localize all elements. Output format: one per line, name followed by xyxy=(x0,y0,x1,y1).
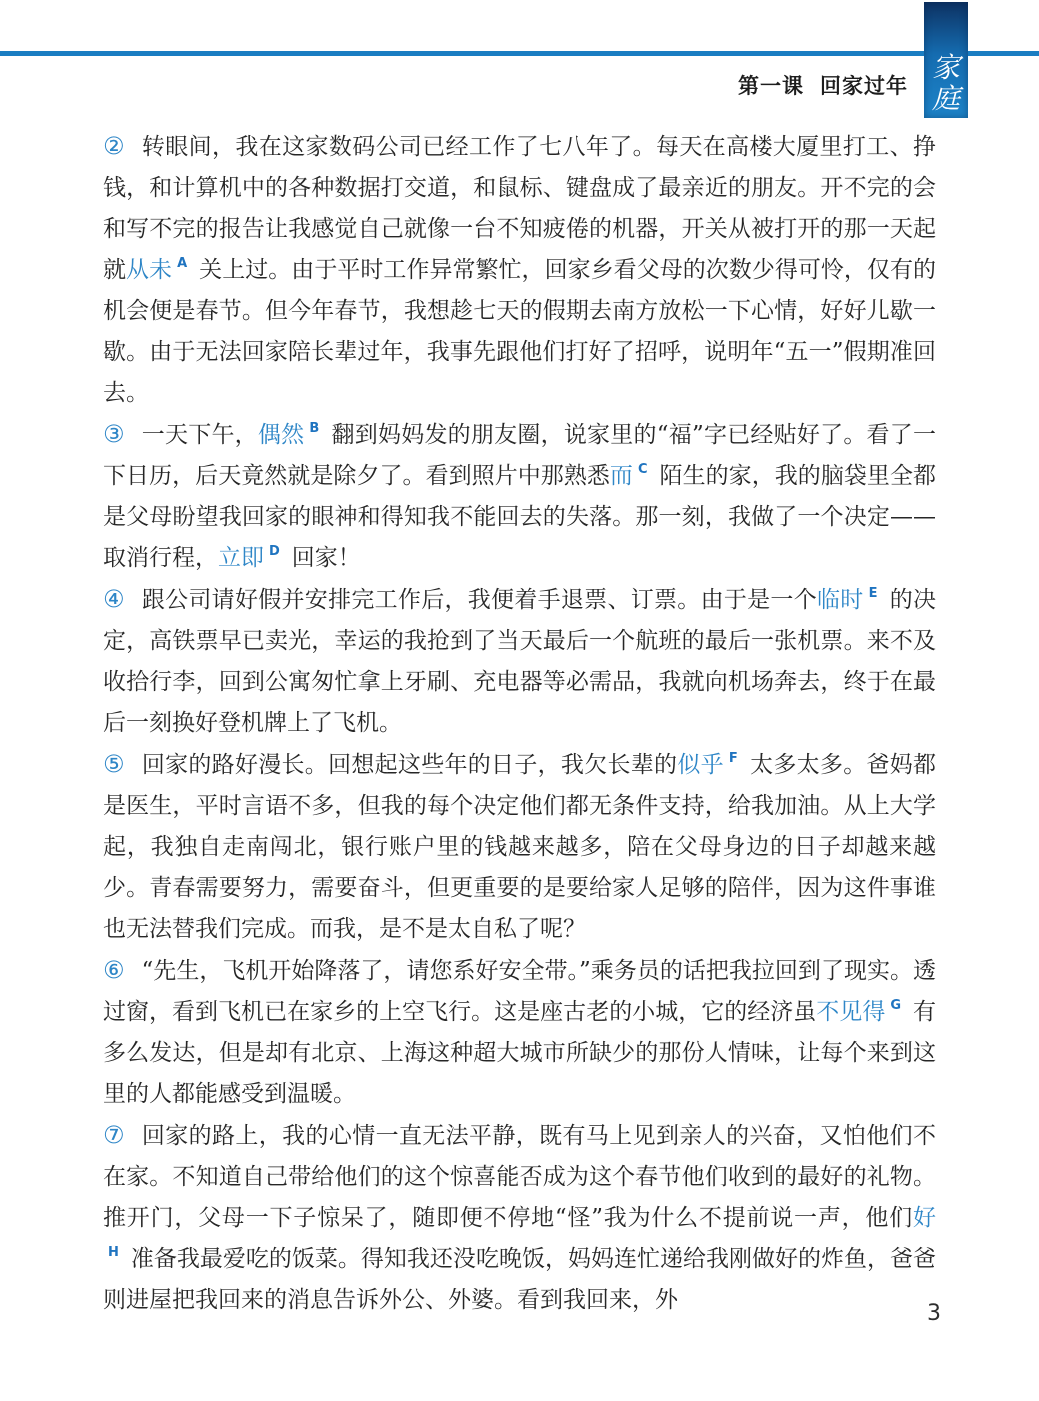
vocab-term: 临时 xyxy=(817,587,864,613)
lesson-header: 第一课回家过年 xyxy=(738,70,908,100)
paragraph: ⑥“先生，飞机开始降落了，请您系好安全带。”乘务员的话把我拉回到了现实。透过窗，… xyxy=(103,950,936,1115)
paragraph-marker: ⑤ xyxy=(103,750,125,778)
textbook-page: 第一课回家过年 家 庭 ②转眼间，我在这家数码公司已经工作了七八年了。每天在高楼… xyxy=(0,0,1039,1401)
paragraph-marker: ④ xyxy=(103,585,125,613)
text-run: 跟公司请好假并安排完工作后，我便着手退票、订票。由于是一个 xyxy=(142,587,817,613)
text-run: 关上过。由于平时工作异常繁忙，回家乡看父母的次数少得可怜，仅有的机会便是春节。但… xyxy=(103,257,936,406)
paragraph-marker: ② xyxy=(103,132,125,160)
lesson-title: 回家过年 xyxy=(820,74,908,98)
vocab-letter: G xyxy=(890,998,901,1013)
vocab-term: 立即 xyxy=(218,545,264,571)
paragraph: ③一天下午，偶然B翻到妈妈发的朋友圈，说家里的“福”字已经贴好了。看了一下日历，… xyxy=(103,414,936,579)
vocab-term: 不见得 xyxy=(816,999,885,1025)
text-run: 一天下午， xyxy=(142,422,258,448)
lesson-number: 第一课 xyxy=(738,74,804,98)
vocab-letter: D xyxy=(269,544,280,559)
vocab-letter: E xyxy=(869,586,878,601)
paragraph-marker: ③ xyxy=(103,420,125,448)
text-run: 回家的路好漫长。回想起这些年的日子，我欠长辈的 xyxy=(142,752,678,778)
vocab-letter: F xyxy=(729,751,738,766)
vocab-term: 而 xyxy=(610,463,633,489)
header-rule xyxy=(0,51,1039,56)
text-run: 回家！ xyxy=(292,545,361,571)
vocab-letter: B xyxy=(309,421,319,436)
chapter-tab-char: 庭 xyxy=(932,83,960,114)
vocab-letter: H xyxy=(108,1245,119,1260)
vocab-term: 似乎 xyxy=(677,752,724,778)
paragraph-marker: ⑦ xyxy=(103,1121,125,1149)
chapter-tab-family: 家 庭 xyxy=(924,2,968,118)
vocab-letter: C xyxy=(638,462,648,477)
vocab-term: 从未 xyxy=(126,257,172,283)
page-number: 3 xyxy=(920,1301,948,1326)
paragraph: ②转眼间，我在这家数码公司已经工作了七八年了。每天在高楼大厦里打工、挣钱，和计算… xyxy=(103,126,936,414)
vocab-term: 好 xyxy=(913,1205,936,1231)
vocab-term: 偶然 xyxy=(258,422,304,448)
paragraph: ⑤回家的路好漫长。回想起这些年的日子，我欠长辈的似乎F太多太多。爸妈都是医生，平… xyxy=(103,744,936,950)
text-run: 太多太多。爸妈都是医生，平时言语不多，但我的每个决定他们都无条件支持，给我加油。… xyxy=(103,752,936,942)
text-run: “先生，飞机开始降落了，请您系好安全带。”乘务员的话把我拉回到了现实。透过窗，看… xyxy=(103,958,936,1025)
reading-text: ②转眼间，我在这家数码公司已经工作了七八年了。每天在高楼大厦里打工、挣钱，和计算… xyxy=(103,126,936,1321)
text-run: 回家的路上，我的心情一直无法平静，既有马上见到亲人的兴奋，又怕他们不在家。不知道… xyxy=(103,1123,936,1231)
paragraph: ⑦回家的路上，我的心情一直无法平静，既有马上见到亲人的兴奋，又怕他们不在家。不知… xyxy=(103,1115,936,1321)
paragraph-marker: ⑥ xyxy=(103,956,125,984)
text-run: 准备我最爱吃的饭菜。得知我还没吃晚饭，妈妈连忙递给我刚做好的炸鱼，爸爸则进屋把我… xyxy=(103,1246,936,1313)
paragraph: ④跟公司请好假并安排完工作后，我便着手退票、订票。由于是一个临时E的决定，高铁票… xyxy=(103,579,936,744)
vocab-letter: A xyxy=(177,256,187,271)
chapter-tab-char: 家 xyxy=(932,52,960,83)
